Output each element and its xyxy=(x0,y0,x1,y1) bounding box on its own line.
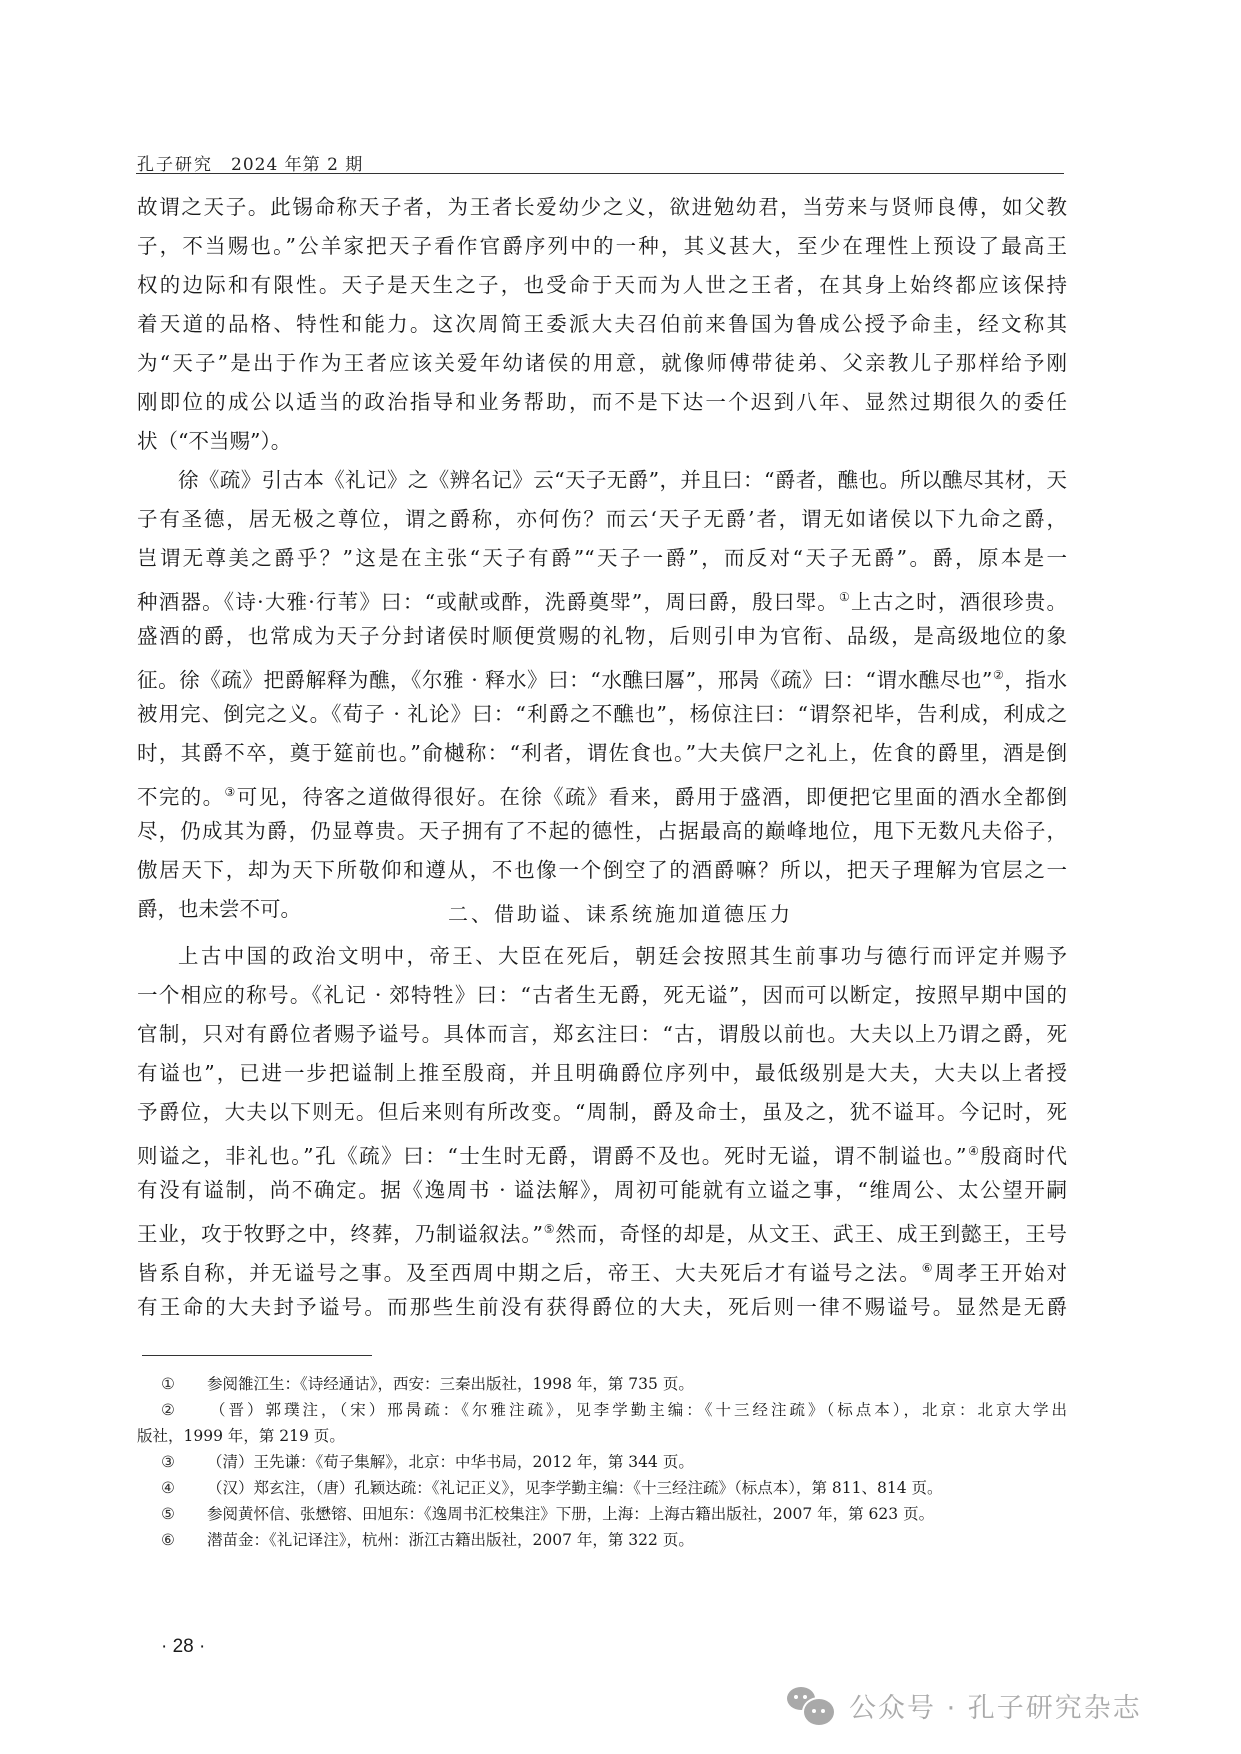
text-line: 官制，只对有爵位者赐予谥号。具体而言，郑玄注曰：“古，谓殷以前也。大夫以上乃谓之… xyxy=(137,1015,1067,1054)
paragraph-2: 徐《疏》引古本《礼记》之《辨名记》云“天子无爵”，并且曰：“爵者，醮也。所以醮尽… xyxy=(137,461,1067,929)
body-section-2: 上古中国的政治文明中，帝王、大臣在死后，朝廷会按照其生前事功与德行而评定并赐予 … xyxy=(137,937,1067,1327)
footnote-4: ④（汉）郑玄注，（唐）孔颖达疏：《礼记正义》，见李学勤主编：《十三经注疏》（标点… xyxy=(137,1475,1067,1501)
footnote-text: （清）王先谦：《荀子集解》，北京：中华书局，2012 年，第 344 页。 xyxy=(207,1453,694,1471)
text-line: 子有圣德，居无极之尊位，谓之爵称，亦何伤？而云‘天子无爵’者，谓无如诸侯以下九命… xyxy=(137,500,1067,539)
text-line: 有没有谥制，尚不确定。据《逸周书 · 谥法解》，周初可能就有立谥之事，“维周公、… xyxy=(137,1171,1067,1210)
text-line: 一个相应的称号。《礼记 · 郊特牲》曰：“古者生无爵，死无谥”，因而可以断定，按… xyxy=(137,976,1067,1015)
footnote-ref-3[interactable]: ③ xyxy=(225,785,237,799)
text-line: 时，其爵不卒，奠于筵前也。”俞樾称：“利者，谓佐食也。”大夫傧尸之礼上，佐食的爵… xyxy=(137,734,1067,773)
paragraph-1: 故谓之天子。此锡命称天子者，为王者长爱幼少之义，欲进勉幼君，当劳来与贤师良傅，如… xyxy=(137,188,1067,461)
text-line: 岂谓无尊美之爵乎？”这是在主张“天子有爵”“天子一爵”，而反对“天子无爵”。爵，… xyxy=(137,539,1067,578)
text-line: 有王命的大夫封予谥号。而那些生前没有获得爵位的大夫，死后则一律不赐谥号。显然是无… xyxy=(137,1288,1067,1327)
text-line: 盛酒的爵，也常成为天子分封诸侯时顺便赏赐的礼物，后则引申为官衔、品级，是高级地位… xyxy=(137,617,1067,656)
footnote-2-continuation: 版社，1999 年，第 219 页。 xyxy=(137,1423,1067,1449)
text-line: 权的边际和有限性。天子是天生之子，也受命于天而为人世之王者，在其身上始终都应该保… xyxy=(137,266,1067,305)
footnote-number: ③ xyxy=(161,1449,191,1475)
footnote-ref-6[interactable]: ⑥ xyxy=(922,1261,935,1275)
text-line: 种酒器。《诗·大雅·行苇》曰：“或献或酢，洗爵奠斝”，周曰爵，殷曰斝。①上古之时… xyxy=(137,578,1067,617)
journal-name: 孔子研究 xyxy=(137,155,213,175)
footnote-ref-1[interactable]: ① xyxy=(839,590,851,604)
text-line: 上古中国的政治文明中，帝王、大臣在死后，朝廷会按照其生前事功与德行而评定并赐予 xyxy=(137,937,1067,976)
section-heading: 二、借助谥、诔系统施加道德压力 xyxy=(0,898,1241,927)
running-head: 孔子研究2024 年第 2 期 xyxy=(137,150,363,175)
footnote-ref-4[interactable]: ④ xyxy=(967,1144,981,1158)
text-line: 皆系自称，并无谥号之事。及至西周中期之后，帝王、大夫死后才有谥号之法。⑥周孝王开… xyxy=(137,1249,1067,1288)
footnote-text: （汉）郑玄注，（唐）孔颖达疏：《礼记正义》，见李学勤主编：《十三经注疏》（标点本… xyxy=(207,1479,943,1497)
text-line: 予爵位，大夫以下则无。但后来则有所改变。“周制，爵及命士，虽及之，犹不谥耳。今记… xyxy=(137,1093,1067,1132)
text-line: 有谥也”，已进一步把谥制上推至殷商，并且明确爵位序列中，最低级别是大夫，大夫以上… xyxy=(137,1054,1067,1093)
footnote-1: ①参阅雒江生：《诗经通诂》，西安：三秦出版社，1998 年，第 735 页。 xyxy=(137,1371,1067,1397)
wechat-icon xyxy=(787,1685,835,1725)
watermark: 公众号 · 孔子研究杂志 xyxy=(787,1683,1142,1727)
footnote-text: 参阅黄怀信、张懋镕、田旭东：《逸周书汇校集注》下册，上海：上海古籍出版社，200… xyxy=(207,1505,934,1523)
footnote-number: ⑥ xyxy=(161,1527,191,1553)
paragraph-3: 上古中国的政治文明中，帝王、大臣在死后，朝廷会按照其生前事功与德行而评定并赐予 … xyxy=(137,937,1067,1327)
footnote-text: 参阅雒江生：《诗经通诂》，西安：三秦出版社，1998 年，第 735 页。 xyxy=(207,1375,694,1393)
text-line: 刚即位的成公以适当的政治指导和业务帮助，而不是下达一个迟到八年、显然过期很久的委… xyxy=(137,383,1067,422)
text-line: 不完的。③可见，待客之道做得很好。在徐《疏》看来，爵用于盛酒，即便把它里面的酒水… xyxy=(137,773,1067,812)
watermark-text: 公众号 · 孔子研究杂志 xyxy=(849,1686,1142,1725)
footnote-number: ④ xyxy=(161,1475,191,1501)
text-line: 状（“不当赐”）。 xyxy=(137,422,1067,461)
footnote-2: ②（晋）郭璞注，（宋）邢昺疏：《尔雅注疏》，见李学勤主编：《十三经注疏》（标点本… xyxy=(137,1397,1067,1423)
text-line: 徐《疏》引古本《礼记》之《辨名记》云“天子无爵”，并且曰：“爵者，醮也。所以醮尽… xyxy=(137,461,1067,500)
footnote-6: ⑥潜苗金：《礼记译注》，杭州：浙江古籍出版社，2007 年，第 322 页。 xyxy=(137,1527,1067,1553)
text-line: 为“天子”是出于作为王者应该关爱年幼诸侯的用意，就像师傅带徒弟、父亲教儿子那样给… xyxy=(137,344,1067,383)
footnote-ref-2[interactable]: ② xyxy=(992,668,1004,682)
footnote-5: ⑤参阅黄怀信、张懋镕、田旭东：《逸周书汇校集注》下册，上海：上海古籍出版社，20… xyxy=(137,1501,1067,1527)
text-line: 被用完、倒完之义。《荀子 · 礼论》曰：“利爵之不醮也”，杨倞注曰：“谓祭祀毕，… xyxy=(137,695,1067,734)
footnote-text: （晋）郭璞注，（宋）邢昺疏：《尔雅注疏》，见李学勤主编：《十三经注疏》（标点本）… xyxy=(207,1401,1067,1419)
body-section-1: 故谓之天子。此锡命称天子者，为王者长爱幼少之义，欲进勉幼君，当劳来与贤师良傅，如… xyxy=(137,188,1067,929)
text-line: 傲居天下，却为天下所敬仰和遵从，不也像一个倒空了的酒爵嘛？所以，把天子理解为官层… xyxy=(137,851,1067,890)
footnote-number: ② xyxy=(161,1397,191,1423)
footnote-ref-5[interactable]: ⑤ xyxy=(543,1222,555,1236)
footnote-number: ⑤ xyxy=(161,1501,191,1527)
footnote-text: 潜苗金：《礼记译注》，杭州：浙江古籍出版社，2007 年，第 322 页。 xyxy=(207,1531,694,1549)
footnote-number: ① xyxy=(161,1371,191,1397)
text-line: 子，不当赐也。”公羊家把天子看作官爵序列中的一种，其义甚大，至少在理性上预设了最… xyxy=(137,227,1067,266)
text-line: 尽，仍成其为爵，仍显尊贵。天子拥有了不起的德性，占据最高的巅峰地位，甩下无数凡夫… xyxy=(137,812,1067,851)
footnote-separator xyxy=(142,1355,372,1356)
issue-label: 2024 年第 2 期 xyxy=(231,155,363,175)
text-line: 王业，攻于牧野之中，终葬，乃制谥叙法。”⑤然而，奇怪的却是，从文王、武王、成王到… xyxy=(137,1210,1067,1249)
text-line: 着天道的品格、特性和能力。这次周简王委派大夫召伯前来鲁国为鲁成公授予命圭，经文称… xyxy=(137,305,1067,344)
footnote-3: ③（清）王先谦：《荀子集解》，北京：中华书局，2012 年，第 344 页。 xyxy=(137,1449,1067,1475)
footnotes: ①参阅雒江生：《诗经通诂》，西安：三秦出版社，1998 年，第 735 页。 ②… xyxy=(137,1371,1067,1553)
text-line: 则谥之，非礼也。”孔《疏》曰：“士生时无爵，谓爵不及也。死时无谥，谓不制谥也。”… xyxy=(137,1132,1067,1171)
text-line: 征。徐《疏》把爵解释为醮，《尔雅 · 释水》曰：“水醮曰厬”，邢昺《疏》曰：“谓… xyxy=(137,656,1067,695)
header-rule xyxy=(136,173,1064,174)
text-line: 故谓之天子。此锡命称天子者，为王者长爱幼少之义，欲进勉幼君，当劳来与贤师良傅，如… xyxy=(137,188,1067,227)
page-number: · 28 · xyxy=(161,1636,205,1658)
